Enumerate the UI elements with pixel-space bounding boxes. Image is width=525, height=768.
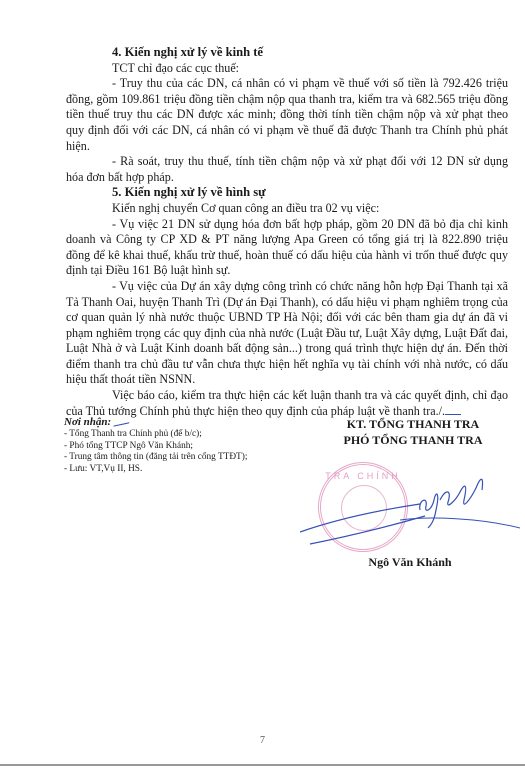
section-5-intro: Kiến nghị chuyển Cơ quan công an điều tr…	[66, 201, 508, 217]
recipients-title: Nơi nhận:	[64, 417, 324, 428]
section-4-heading: 4. Kiến nghị xử lý về kinh tế	[66, 45, 508, 61]
recipients-block: Nơi nhận: - Tổng Thanh tra Chính phủ (để…	[64, 417, 324, 475]
recipient-item: - Tổng Thanh tra Chính phủ (để b/c);	[64, 429, 324, 440]
handwritten-signature-icon	[300, 470, 520, 550]
section-5-bullet-2: - Vụ việc của Dự án xây dựng công trình …	[66, 279, 508, 388]
section-4-bullet-2: - Rà soát, truy thu thuế, tính tiền chậm…	[66, 154, 508, 185]
page-bottom-edge	[0, 764, 525, 766]
section-4-intro: TCT chỉ đạo các cục thuế:	[66, 61, 508, 77]
closing-text: Việc báo cáo, kiểm tra thực hiện các kết…	[66, 388, 508, 418]
recipients-title-text: Nơi nhận:	[64, 416, 111, 428]
signature-title-line-1: KT. TỔNG THANH TRA	[318, 416, 508, 432]
section-5-bullet-1: - Vụ việc 21 DN sử dụng hóa đơn bất hợp …	[66, 217, 508, 279]
initial-mark-icon	[113, 418, 130, 426]
page-number: 7	[0, 735, 525, 746]
signature-title-block: KT. TỔNG THANH TRA PHÓ TỔNG THANH TRA	[318, 416, 508, 448]
recipient-item: - Lưu: VT,Vụ II, HS.	[64, 464, 324, 475]
recipient-item: - Trung tâm thông tin (đăng tải trên cổn…	[64, 452, 324, 463]
recipient-item: - Phó tổng TTCP Ngô Văn Khánh;	[64, 441, 324, 452]
initial-mark-icon	[445, 404, 461, 415]
section-5-heading: 5. Kiến nghị xử lý về hình sự	[66, 185, 508, 201]
closing-paragraph: Việc báo cáo, kiểm tra thực hiện các kết…	[66, 388, 508, 419]
signer-name: Ngô Văn Khánh	[330, 555, 490, 570]
section-4-bullet-1: - Truy thu của các DN, cá nhân có vi phạ…	[66, 76, 508, 154]
document-body: 4. Kiến nghị xử lý về kinh tế TCT chỉ đạ…	[66, 45, 508, 419]
document-page: 4. Kiến nghị xử lý về kinh tế TCT chỉ đạ…	[0, 0, 525, 768]
signature-title-line-2: PHÓ TỔNG THANH TRA	[318, 432, 508, 448]
